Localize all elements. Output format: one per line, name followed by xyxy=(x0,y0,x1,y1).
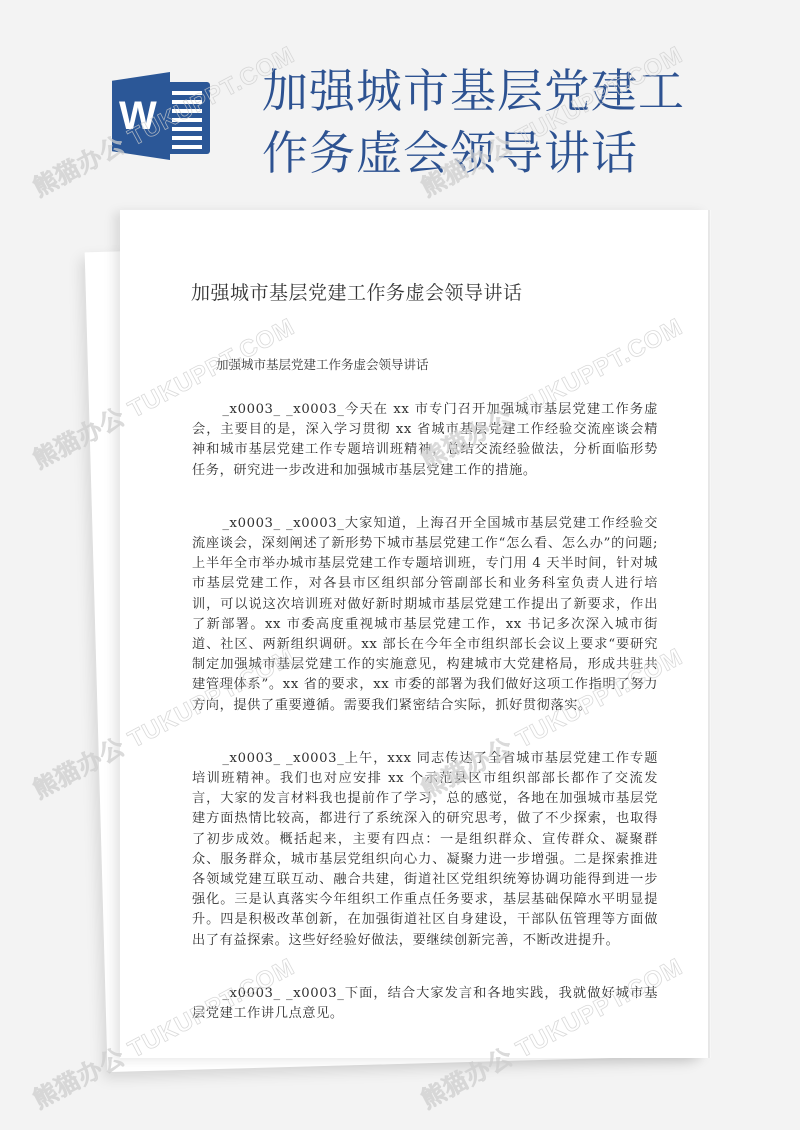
word-document-icon: W xyxy=(108,70,212,160)
paragraph: _x0003_ _x0003_大家知道，上海召开全国城市基层党建工作经验交流座谈… xyxy=(192,514,658,716)
document-page: 加强城市基层党建工作务虚会领导讲话 加强城市基层党建工作务虚会领导讲话 _x00… xyxy=(120,210,708,1058)
paragraph: _x0003_ _x0003_上午，xxx 同志传达了全省城市基层党建工作专题培… xyxy=(192,749,658,951)
paragraph: _x0003_ _x0003_今天在 xx 市专门召开加强城市基层党建工作务虚会… xyxy=(192,400,658,481)
header-title: 加强城市基层党建工作务虚会领导讲话 xyxy=(262,60,702,184)
header: W 加强城市基层党建工作务虚会领导讲话 xyxy=(0,0,800,210)
document-lines-icon xyxy=(164,82,210,154)
document-title: 加强城市基层党建工作务虚会领导讲话 xyxy=(191,278,523,305)
document-body: _x0003_ _x0003_今天在 xx 市专门召开加强城市基层党建工作务虚会… xyxy=(192,400,658,1057)
paragraph: _x0003_ _x0003_下面，结合大家发言和各地实践，我就做好城市基层党建… xyxy=(192,984,658,1024)
word-cover-icon: W xyxy=(112,72,170,160)
document-subtitle: 加强城市基层党建工作务虚会领导讲话 xyxy=(216,355,429,373)
word-letter: W xyxy=(119,96,156,136)
